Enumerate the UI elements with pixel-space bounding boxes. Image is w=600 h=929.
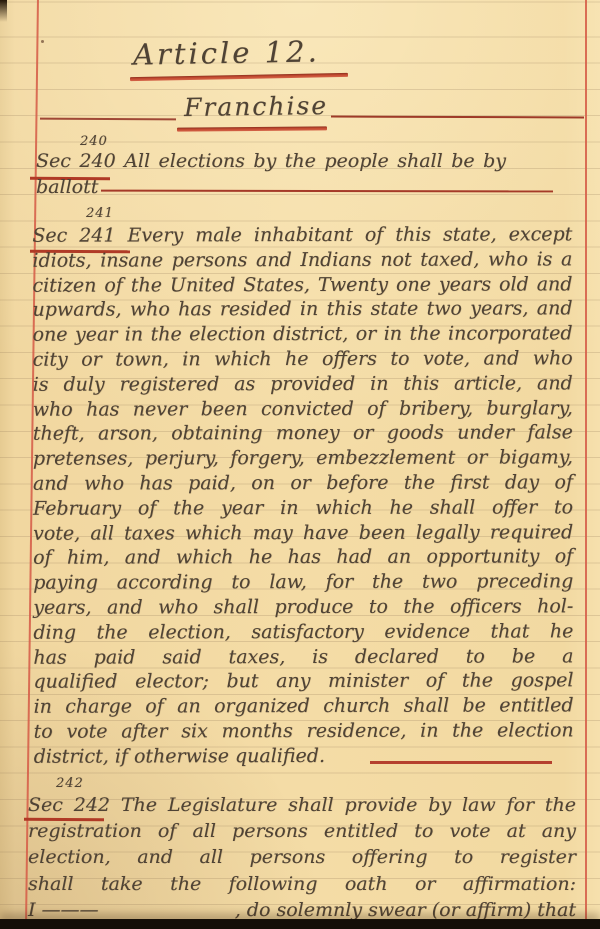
manuscript-line: idiots, insane persons and Indians not t… [32, 248, 572, 274]
sec241-closing-flourish [370, 761, 552, 764]
manuscript-line: Sec 241 Every male inhabitant of this st… [32, 223, 572, 249]
sec240-line: Sec 240 All elections by the people shal… [36, 150, 506, 172]
manuscript-line: shall take the following oath or affirma… [28, 871, 576, 897]
sec240-superscript: 240 [80, 134, 108, 149]
manuscript-line: February of the year in which he shall o… [33, 496, 573, 522]
oath-text: , do solemnly swear (or affirm) that [235, 897, 576, 922]
heading-flourish-right [331, 116, 584, 119]
right-margin-rule [585, 0, 587, 920]
article-title: Article 12. [133, 34, 320, 71]
sec241-paragraph: Sec 241 Every male inhabitant of this st… [32, 223, 573, 770]
manuscript-line: ding the election, satisfactory evidence… [33, 620, 573, 646]
manuscript-line: election, and all persons offering to re… [28, 844, 576, 870]
manuscript-line: who has never been convicted of bribery,… [33, 397, 573, 423]
manuscript-line: pretenses, perjury, forgery, embezzlemen… [33, 446, 573, 472]
franchise-heading: Franchise [184, 91, 328, 122]
manuscript-line: vote, all taxes which may have been lega… [33, 521, 573, 547]
manuscript-line: and who has paid, on or before the first… [33, 471, 573, 497]
manuscript-line: qualified elector; but any minister of t… [33, 670, 573, 696]
sec241-superscript: 241 [86, 206, 114, 221]
manuscript-line: theft, arson, obtaining money or goods u… [33, 422, 573, 448]
manuscript-line: one year in the election district, or in… [33, 322, 573, 348]
manuscript-page: Article 12. Franchise 240 Sec 240 All el… [0, 0, 600, 929]
manuscript-line: district, if otherwise qualified. [34, 744, 574, 770]
manuscript-line: has paid said taxes, is declared to be a [33, 645, 573, 671]
manuscript-line: is duly registered as provided in this a… [33, 372, 573, 398]
manuscript-line: years, and who shall produce to the offi… [33, 595, 573, 621]
article-title-underline [130, 73, 348, 81]
oath-blank-line: I ——— , do solemnly swear (or affirm) th… [28, 897, 576, 922]
sec242-superscript: 242 [56, 776, 84, 791]
page-edge-shadow [0, 0, 7, 22]
sec242-paragraph: Sec 242 The Legislature shall provide by… [28, 792, 576, 922]
manuscript-line: upwards, who has resided in this state t… [32, 298, 572, 324]
manuscript-line: registration of all persons entitled to … [28, 818, 576, 844]
ballott-line: ballott [36, 176, 98, 198]
ballott-flourish-line [101, 190, 553, 193]
manuscript-line: paying according to law, for the two pre… [33, 570, 573, 596]
manuscript-line: to vote after six months residence, in t… [34, 719, 574, 745]
manuscript-line: in charge of an organized church shall b… [34, 694, 574, 720]
manuscript-line: citizen of the United States, Twenty one… [32, 273, 572, 299]
oath-intro: I ——— [28, 897, 99, 922]
manuscript-line: of him, and which he has had an opportun… [33, 546, 573, 572]
franchise-underline [177, 126, 327, 131]
manuscript-line: Sec 242 The Legislature shall provide by… [28, 792, 576, 818]
manuscript-line: city or town, in which he offers to vote… [33, 347, 573, 373]
ink-speck [41, 40, 44, 43]
photo-edge-bar [0, 919, 600, 929]
heading-flourish-left [40, 118, 176, 121]
